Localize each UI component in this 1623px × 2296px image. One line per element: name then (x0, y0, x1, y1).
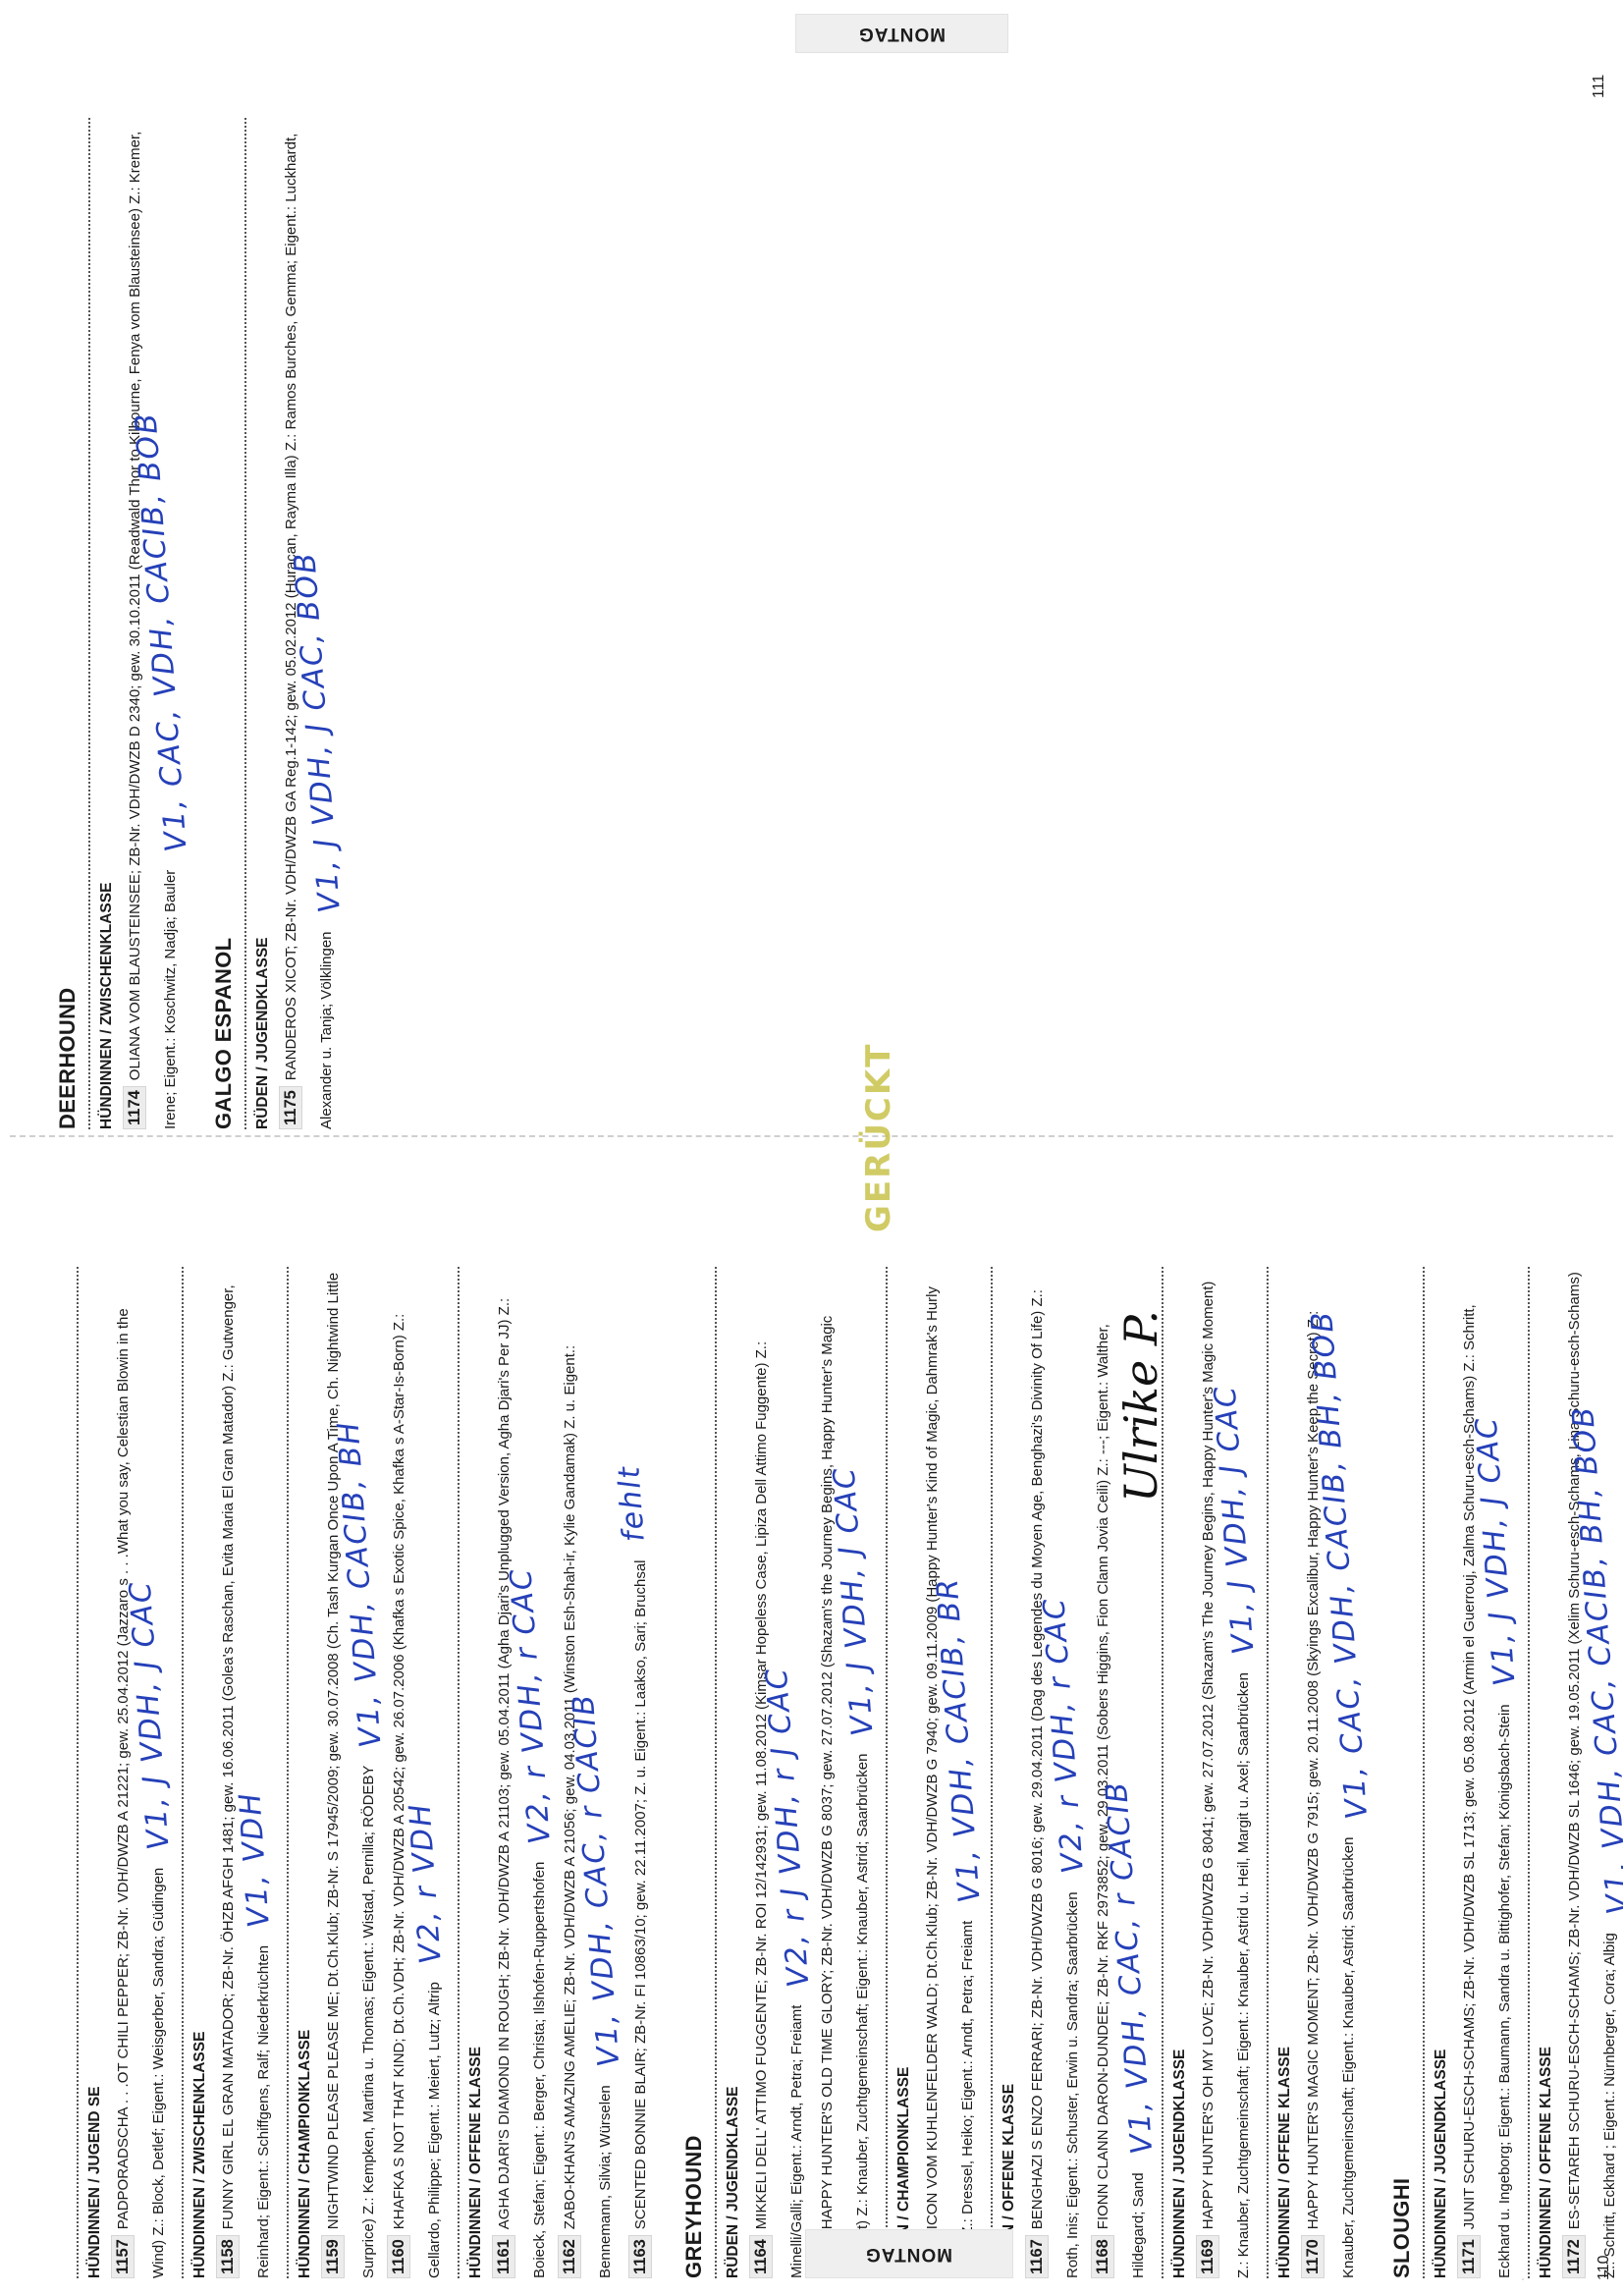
day-tab-montag-top: MONTAG (795, 14, 1008, 53)
dotted-divider (715, 1267, 717, 2278)
handwritten-result: V2, r VDH (405, 1802, 446, 1965)
dotted-divider (1267, 1267, 1269, 2278)
entry-number: 1158 (216, 2235, 240, 2278)
page-110-content: HÜNDINNEN / JUGEND SE1157PADPORADSCHA . … (39, 1267, 1623, 2288)
entry-description: FUNNY GIRL EL GRAN MATADOR; ZB-Nr. ÖHZB … (220, 1285, 272, 2278)
catalog-entry: 1166ICON VOM KUHLENFELDER WALD; Dt.Ch.Kl… (917, 1267, 983, 2278)
catalog-entry: 1171JUNIT SCHURU-ESCH-SCHAMS; ZB-Nr. VDH… (1454, 1267, 1520, 2278)
breed-title: SLOUGHI (1389, 1267, 1415, 2278)
catalog-entry: 1174OLIANA VOM BLAUSTEINSEE; ZB-Nr. VDH/… (120, 118, 186, 1129)
class-header: HÜNDINNEN / OFFENE KLASSE (467, 1267, 485, 2278)
entry-number: 1175 (279, 1086, 302, 1129)
handwritten-result: V2, r VDH, r CAC (1039, 1597, 1089, 1876)
dotted-divider (182, 1267, 184, 2278)
handwritten-result: fehlt (614, 1464, 649, 1543)
class-header: HÜNDINNEN / ZWISCHENKLASSE (191, 1267, 209, 2278)
handwritten-result: V1, J VDH, J CAC (829, 1465, 878, 1737)
handwritten-result: V2, r VDH, r CAC (506, 1566, 556, 1845)
entry-number: 1169 (1196, 2235, 1219, 2278)
class-header: HÜNDINNEN / JUGENDKLASSE (1171, 1267, 1189, 2278)
entry-number: 1157 (111, 2235, 135, 2278)
handwritten-result: V1, J VDH, J CAC (1471, 1416, 1520, 1688)
dotted-divider (244, 118, 246, 1129)
day-tab-montag-bottom: MONTAG (805, 2229, 1013, 2278)
class-header: RÜDEN / JUGENDKLASSE (725, 1267, 742, 2278)
page-111-content: DEERHOUNDHÜNDINNEN / ZWISCHENKLASSE1174O… (29, 118, 342, 1139)
entry-number: 1161 (492, 2235, 515, 2278)
handwritten-result: V1, J VDH, J CAC (125, 1579, 174, 1851)
dotted-divider (88, 118, 90, 1129)
dotted-divider (77, 1267, 79, 2278)
catalog-entry: 1161AGHA DJARI'S DIAMOND IN ROUGH; ZB-Nr… (489, 1267, 555, 2278)
page-number: 110 (1596, 2255, 1613, 2280)
page-number: 111 (1591, 75, 1608, 98)
dotted-divider (1423, 1267, 1425, 2278)
entry-number: 1168 (1091, 2235, 1114, 2278)
breed-title: GREYHOUND (681, 1267, 707, 2278)
dotted-divider (991, 1267, 993, 2278)
entry-number: 1174 (123, 1086, 146, 1129)
entry-number: 1164 (749, 2235, 773, 2278)
judge-signature: Ulrike P. (1114, 1310, 1167, 1503)
class-header: RÜDEN / JUGENDKLASSE (254, 118, 272, 1129)
catalog-entry: 1165HAPPY HUNTER'S OLD TIME GLORY; ZB-Nr… (812, 1267, 878, 2278)
catalog-entry: 1158FUNNY GIRL EL GRAN MATADOR; ZB-Nr. Ö… (213, 1267, 279, 2278)
class-header: RÜDEN / CHAMPIONKLASSE (895, 1267, 913, 2278)
entry-number: 1160 (387, 2235, 410, 2278)
class-header: HÜNDINNEN / JUGEND SE (86, 1267, 104, 2278)
entry-number: 1163 (628, 2235, 652, 2278)
entry-number: 1167 (1025, 2235, 1049, 2278)
catalog-entry: 1175RANDEROS XICOT; ZB-Nr. VDH/DWZB GA R… (276, 118, 342, 1129)
entry-description: HAPPY HUNTER'S OLD TIME GLORY; ZB-Nr. VD… (819, 1316, 871, 2278)
catalog-entry: 1167BENGHAZI S ENZO FERRARI; ZB-Nr. VDH/… (1022, 1267, 1088, 2278)
entry-number: 1159 (321, 2235, 345, 2278)
breed-title: DEERHOUND (55, 118, 81, 1129)
class-header: RÜDEN / OFFENE KLASSE (1001, 1267, 1018, 2278)
catalog-entry: 1170HAPPY HUNTER'S MAGIC MOMENT; ZB-Nr. … (1298, 1267, 1364, 2278)
entry-description: KHAFKA S NOT THAT KIND; Dt.Ch.VDH; ZB-Nr… (391, 1314, 443, 2278)
catalog-page-111: DEERHOUNDHÜNDINNEN / ZWISCHENKLASSE1174O… (29, 10, 1620, 1139)
catalog-entry: 1163SCENTED BONNIE BLAIR; ZB-Nr. FI 1086… (621, 1267, 656, 2278)
entry-number: 1170 (1301, 2235, 1325, 2278)
day-tab-placeholder (1522, 2278, 1524, 2280)
catalog-page-110: HÜNDINNEN / JUGEND SE1157PADPORADSCHA . … (39, 1149, 1610, 2288)
entry-number: 1162 (558, 2235, 581, 2278)
dotted-divider (1528, 1267, 1530, 2278)
dotted-divider (458, 1267, 460, 2278)
class-header: HÜNDINNEN / ZWISCHENKLASSE (98, 118, 116, 1129)
handwritten-result: V1, VDH (235, 1790, 275, 1929)
entry-number: 1171 (1457, 2235, 1481, 2278)
handwritten-result: V1, J VDH, J CAC (1210, 1384, 1259, 1656)
class-header: HÜNDINNEN / CHAMPIONKLASSE (297, 1267, 314, 2278)
catalog-entry: 1157PADPORADSCHA . . .OT CHILI PEPPER; Z… (108, 1267, 174, 2278)
dotted-divider (287, 1267, 289, 2278)
entry-number: 1172 (1562, 2235, 1586, 2278)
catalog-entry: 1160KHAFKA S NOT THAT KIND; Dt.Ch.VDH; Z… (384, 1267, 450, 2278)
class-header: HÜNDINNEN / OFFENE KLASSE (1276, 1267, 1294, 2278)
catalog-entry: 1172ES-SETAREH SCHURU-ESCH-SCHAMS; ZB-Nr… (1559, 1267, 1623, 2278)
class-header: HÜNDINNEN / OFFENE KLASSE (1538, 1267, 1555, 2278)
class-header: HÜNDINNEN / JUGENDKLASSE (1433, 1267, 1450, 2278)
entry-description: SCENTED BONNIE BLAIR; ZB-Nr. FI 10863/10… (632, 1560, 649, 2230)
catalog-entry: 1164MIKKELI DELL' ATTIMO FUGGENTE; ZB-Nr… (746, 1267, 812, 2278)
dotted-divider (886, 1267, 888, 2278)
breed-title: GALGO ESPANOL (211, 118, 237, 1129)
catalog-entry: 1162ZABO-KHAN'S AMAZING AMELIE; ZB-Nr. V… (555, 1267, 621, 2278)
catalog-entry: 1159NIGHTWIND PLEASE PLEASE ME; Dt.Ch.Kl… (318, 1267, 384, 2278)
catalog-entry: 1169HAPPY HUNTER'S OH MY LOVE; ZB-Nr. VD… (1193, 1267, 1259, 2278)
